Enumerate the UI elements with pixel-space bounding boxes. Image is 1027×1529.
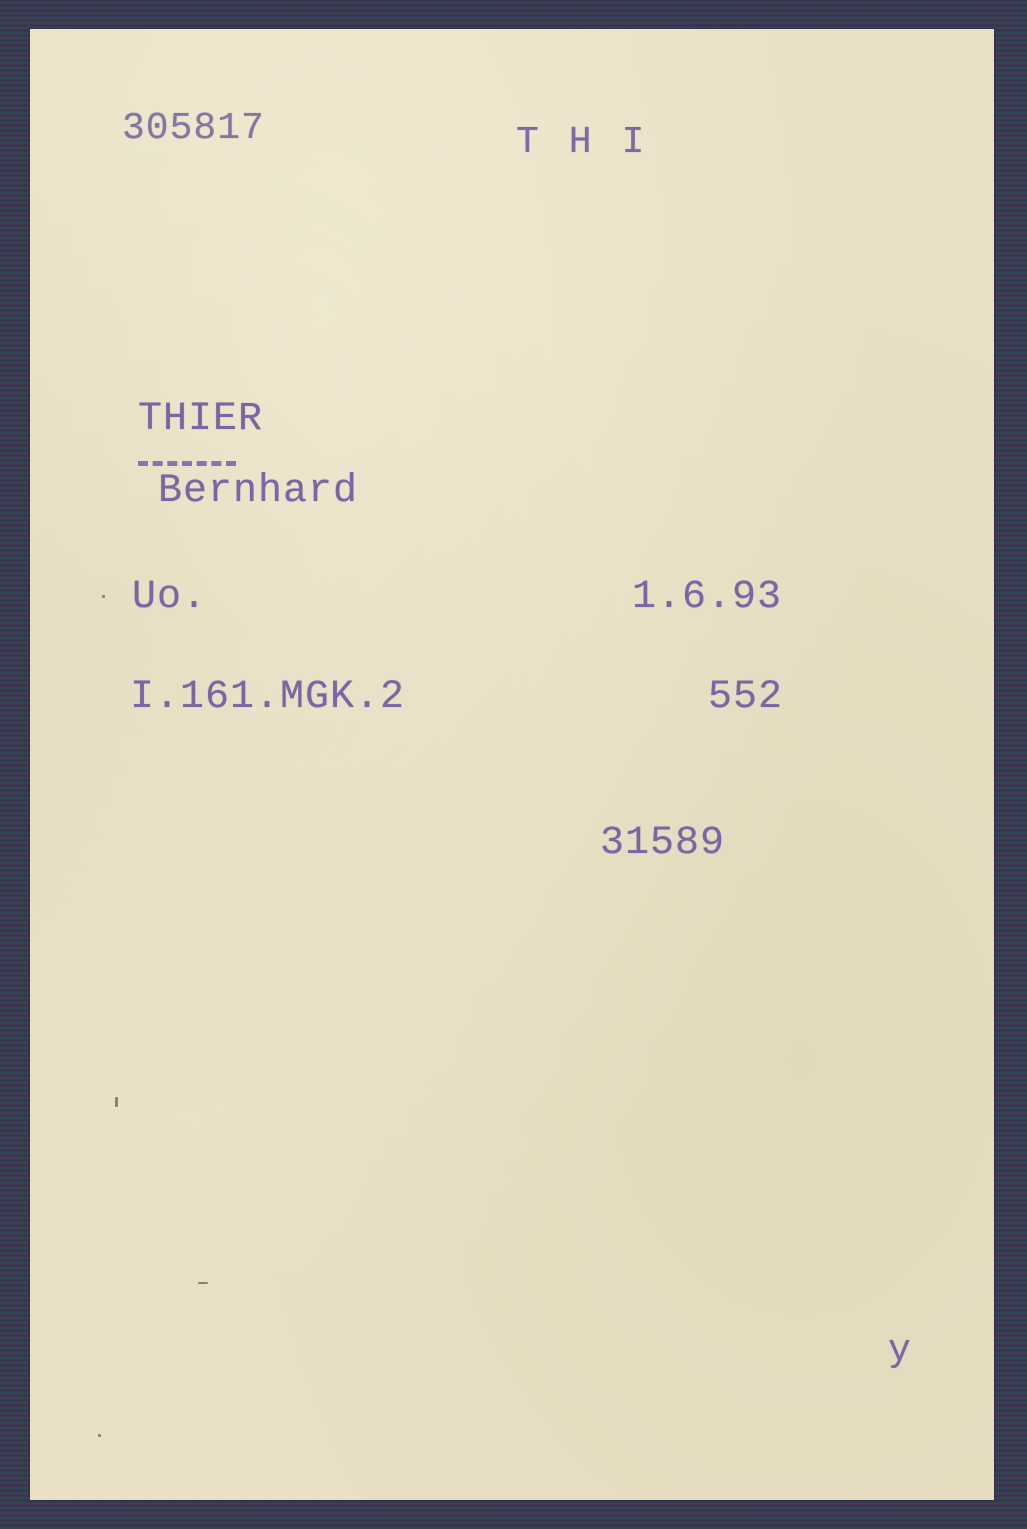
unit-number: 552 — [708, 675, 783, 720]
unit: I.161.MGK.2 — [130, 675, 405, 720]
given-name: Bernhard — [158, 469, 358, 514]
rank: Uo. — [132, 575, 207, 620]
paper-speck — [102, 595, 105, 598]
paper-speck — [198, 1282, 208, 1284]
surname-underline — [138, 461, 236, 466]
index-card: 305817 THI THIER Bernhard Uo. 1.6.93 I.1… — [30, 29, 994, 1500]
paper-speck — [115, 1097, 118, 1107]
index-code: THI — [516, 121, 674, 164]
paper-speck — [98, 1434, 101, 1437]
id-number: 305817 — [122, 107, 265, 150]
surname: THIER — [138, 397, 263, 442]
reference-number: 31589 — [600, 821, 725, 866]
birth-date: 1.6.93 — [632, 575, 782, 620]
corner-mark: y — [888, 1329, 912, 1372]
